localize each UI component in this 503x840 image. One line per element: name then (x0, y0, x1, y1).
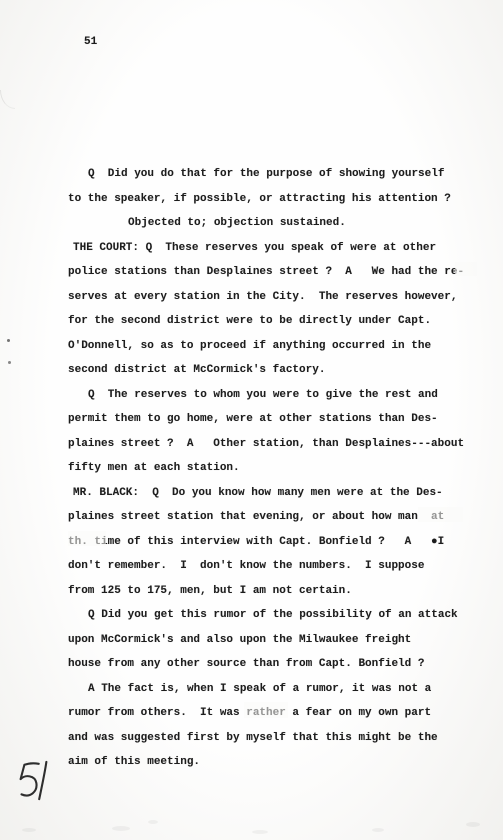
transcript-line: Objected to; objection sustained. (68, 211, 488, 236)
scan-smudge (22, 828, 36, 832)
scan-smudge (252, 830, 268, 834)
transcript-line: THE COURT: Q These reserves you speak of… (68, 236, 488, 261)
transcript-line: Q The reserves to whom you were to give … (68, 383, 488, 408)
scan-smudge (148, 820, 158, 824)
transcript-line: Q Did you get this rumor of the possibil… (68, 603, 488, 628)
transcript-line: don't remember. I don't know the numbers… (68, 554, 488, 579)
transcript-line: permit them to go home, were at other st… (68, 407, 488, 432)
transcript-line: rumor from others. It was rather a fear … (68, 701, 488, 726)
transcript-line: from 125 to 175, men, but I am not certa… (68, 579, 488, 604)
transcript-line: to the speaker, if possible, or attracti… (68, 187, 488, 212)
transcript-line: aim of this meeting. (68, 750, 488, 775)
scan-speck (7, 339, 10, 342)
transcript-line: and was suggested first by myself that t… (68, 726, 488, 751)
handwritten-51-drawing (12, 758, 54, 804)
transcript-line: upon McCormick's and also upon the Milwa… (68, 628, 488, 653)
handwritten-page-number (12, 758, 54, 804)
transcript-line: O'Donnell, so as to proceed if anything … (68, 334, 488, 359)
transcript-line: th. time of this interview with Capt. Bo… (68, 530, 488, 555)
transcript-line: MR. BLACK: Q Do you know how many men we… (68, 481, 488, 506)
transcript-line: fifty men at each station. (68, 456, 488, 481)
transcript-line: for the second district were to be direc… (68, 309, 488, 334)
transcript-line: house from any other source than from Ca… (68, 652, 488, 677)
transcript-line: police stations than Desplaines street ?… (68, 260, 488, 285)
transcript-line: A The fact is, when I speak of a rumor, … (68, 677, 488, 702)
transcript-line: plaines street ? A Other station, than D… (68, 432, 488, 457)
typed-page-number: 51 (84, 36, 97, 48)
transcript-line: Q Did you do that for the purpose of sho… (68, 162, 488, 187)
transcript-line: serves at every station in the City. The… (68, 285, 488, 310)
scan-speck (8, 361, 11, 364)
scan-smudge (112, 826, 130, 831)
transcript-line: second district at McCormick's factory. (68, 358, 488, 383)
transcript-line: plaines street station that evening, or … (68, 505, 488, 530)
scan-smudge (372, 828, 384, 832)
scan-smudge (466, 822, 480, 827)
transcript-body: Q Did you do that for the purpose of sho… (68, 162, 488, 775)
